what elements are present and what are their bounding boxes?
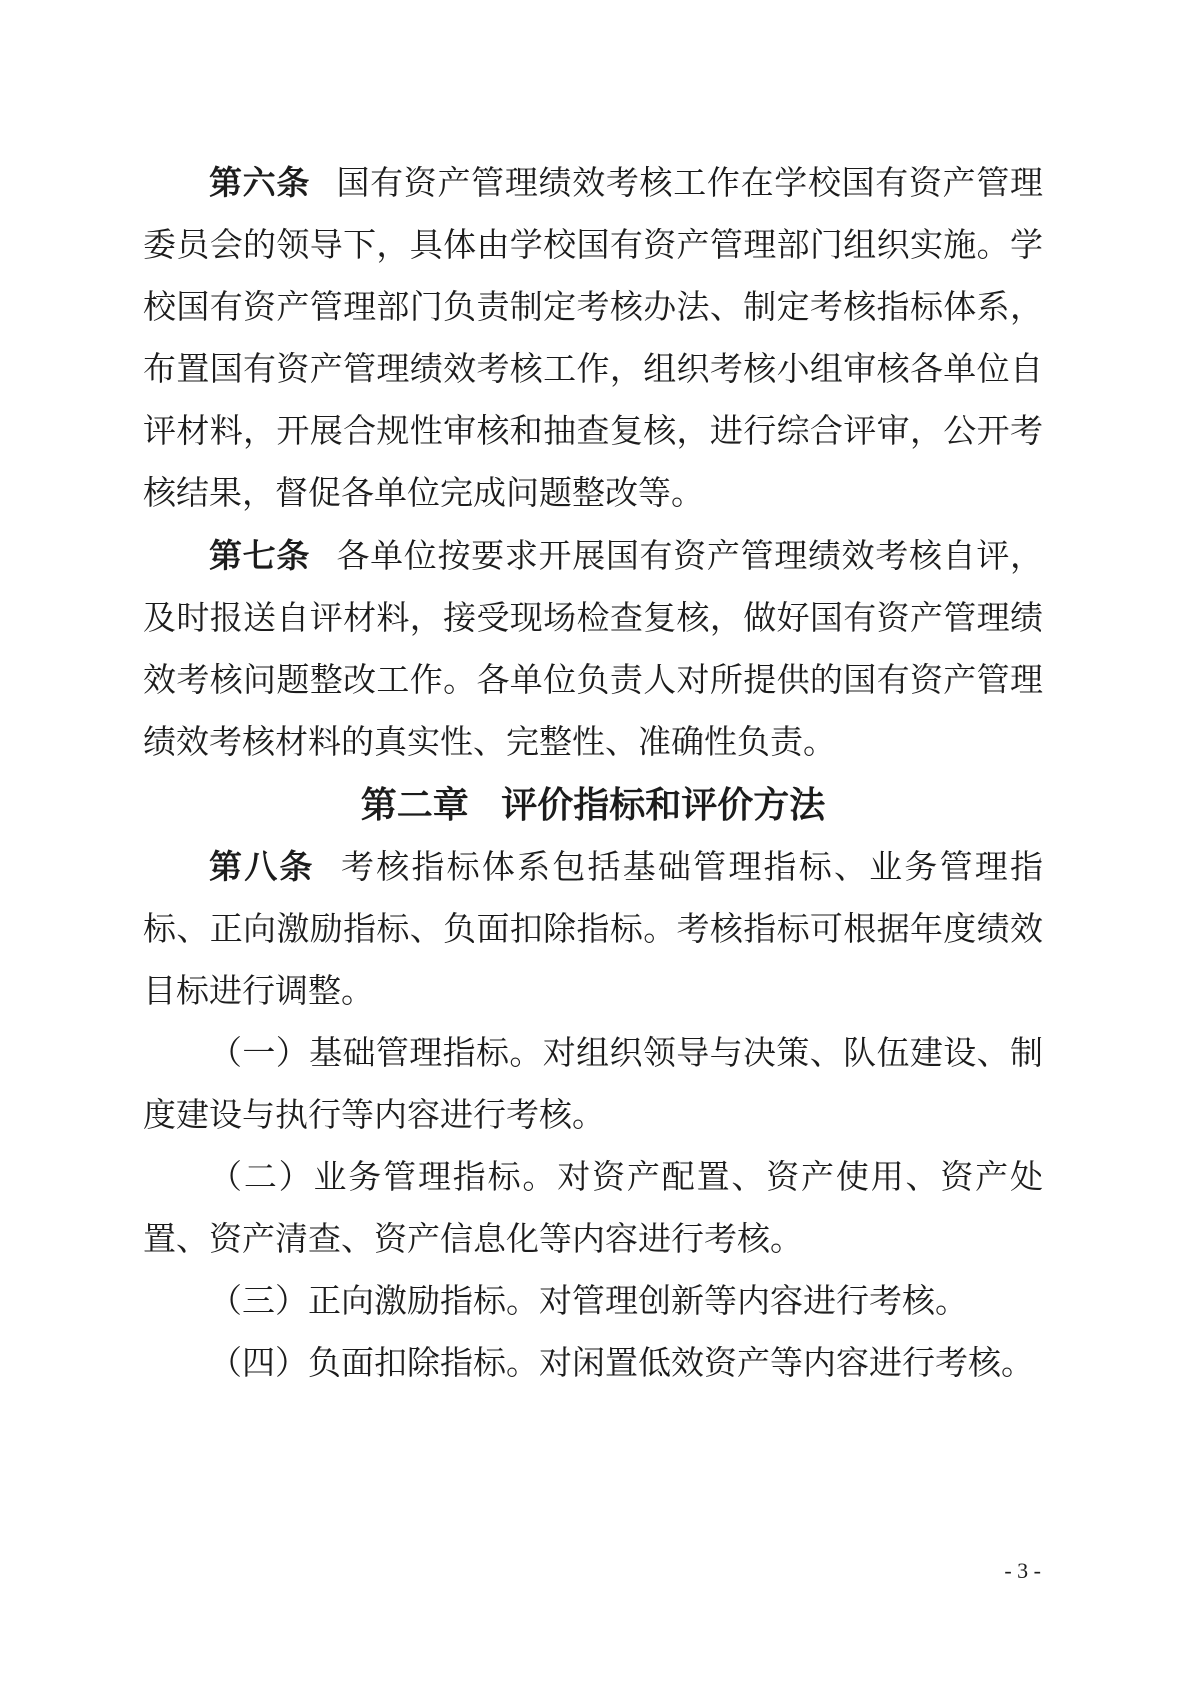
article-7-paragraph: 第七条各单位按要求开展国有资产管理绩效考核自评，及时报送自评材料，接受现场检查复…: [143, 525, 1043, 774]
document-page: 第六条国有资产管理绩效考核工作在学校国有资产管理委员会的领导下，具体由学校国有资…: [0, 0, 1191, 1684]
article-7-label: 第七条: [209, 537, 310, 574]
article-6-label: 第六条: [209, 164, 310, 201]
list-item-4: （四）负面扣除指标。对闲置低效资产等内容进行考核。: [143, 1333, 1043, 1395]
chapter-2-label: 第二章: [361, 784, 469, 825]
list-item-1: （一）基础管理指标。对组织领导与决策、队伍建设、制度建设与执行等内容进行考核。: [143, 1023, 1043, 1147]
article-8-label: 第八条: [209, 848, 315, 885]
page-number: - 3 -: [1004, 1556, 1041, 1586]
article-6-paragraph: 第六条国有资产管理绩效考核工作在学校国有资产管理委员会的领导下，具体由学校国有资…: [143, 152, 1043, 525]
article-6-text: 国有资产管理绩效考核工作在学校国有资产管理委员会的领导下，具体由学校国有资产管理…: [143, 166, 1043, 512]
list-item-2: （二）业务管理指标。对资产配置、资产使用、资产处置、资产清查、资产信息化等内容进…: [143, 1147, 1043, 1271]
article-8-paragraph: 第八条考核指标体系包括基础管理指标、业务管理指标、正向激励指标、负面扣除指标。考…: [143, 836, 1043, 1023]
list-item-3: （三）正向激励指标。对管理创新等内容进行考核。: [143, 1271, 1043, 1333]
chapter-2-heading: 第二章评价指标和评价方法: [143, 774, 1043, 836]
document-body: 第六条国有资产管理绩效考核工作在学校国有资产管理委员会的领导下，具体由学校国有资…: [143, 152, 1043, 1395]
chapter-2-title: 评价指标和评价方法: [501, 784, 825, 825]
